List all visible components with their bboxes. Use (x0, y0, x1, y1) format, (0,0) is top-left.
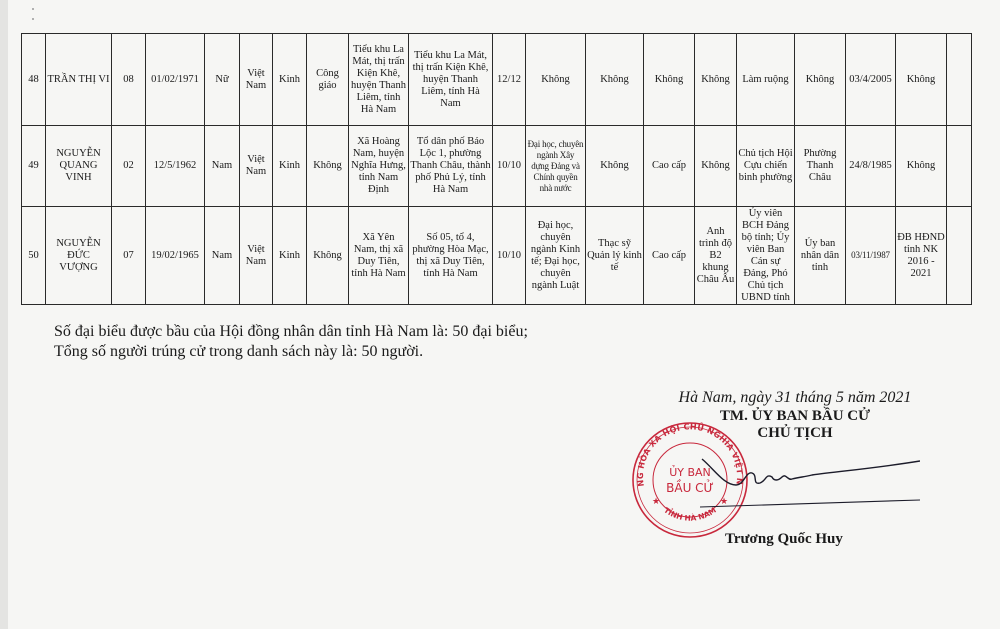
cell-ethnicity: Kinh (273, 34, 307, 126)
organization-title: TM. ỦY BAN BẦU CỬ (650, 408, 940, 425)
cell-ethnicity: Kinh (273, 207, 307, 305)
table-row: 49 NGUYỄN QUANG VINH 02 12/5/1962 Nam Vi… (22, 126, 972, 207)
cell-workplace: Không (795, 34, 846, 126)
cell-professional: Đại học, chuyên ngành Kinh tế; Đại học, … (526, 207, 586, 305)
cell-note (947, 126, 972, 207)
cell-general-education: 10/10 (493, 207, 526, 305)
cell-dob: 19/02/1965 (146, 207, 205, 305)
cell-residence: Tổ dân phố Báo Lộc 1, phường Thanh Châu,… (409, 126, 493, 207)
cell-hometown: Xã Yên Nam, thị xã Duy Tiên, tỉnh Hà Nam (349, 207, 409, 305)
cell-party-join-date: 24/8/1985 (846, 126, 896, 207)
cell-residence: Số 05, tổ 4, phường Hòa Mạc, thị xã Duy … (409, 207, 493, 305)
cell-occupation: Làm ruộng (737, 34, 795, 126)
cell-gender: Nam (205, 126, 240, 207)
place-and-date: Hà Nam, ngày 31 tháng 5 năm 2021 (650, 389, 940, 407)
cell-nationality: Việt Nam (240, 34, 273, 126)
scan-edge-shadow (0, 0, 8, 629)
cell-dob: 12/5/1962 (146, 126, 205, 207)
cell-hometown: Xã Hoàng Nam, huyện Nghĩa Hưng, tỉnh Nam… (349, 126, 409, 207)
cell-general-education: 10/10 (493, 126, 526, 207)
cell-religion: Công giáo (307, 34, 349, 126)
elected-delegates-table: 48 TRẦN THỊ VI 08 01/02/1971 Nữ Việt Nam… (21, 33, 972, 305)
cell-workplace: Ủy ban nhân dân tỉnh (795, 207, 846, 305)
cell-unit: 02 (112, 126, 146, 207)
table-row: 50 NGUYỄN ĐỨC VƯỢNG 07 19/02/1965 Nam Vi… (22, 207, 972, 305)
cell-prior-delegate: ĐB HĐND tỉnh NK 2016 - 2021 (896, 207, 947, 305)
signature-block: Hà Nam, ngày 31 tháng 5 năm 2021 TM. ỦY … (650, 389, 940, 442)
cell-gender: Nam (205, 207, 240, 305)
cell-prior-delegate: Không (896, 126, 947, 207)
cell-foreign-language: Không (695, 34, 737, 126)
cell-stt: 49 (22, 126, 46, 207)
cell-unit: 07 (112, 207, 146, 305)
scan-speck (32, 8, 34, 10)
cell-dob: 01/02/1971 (146, 34, 205, 126)
signer-name: Trương Quốc Huy (725, 531, 843, 548)
cell-name: NGUYỄN QUANG VINH (46, 126, 112, 207)
cell-note (947, 207, 972, 305)
cell-foreign-language: Anh trình độ B2 khung Châu Âu (695, 207, 737, 305)
cell-religion: Không (307, 207, 349, 305)
cell-hometown: Tiểu khu La Mát, thị trấn Kiện Khê, huyệ… (349, 34, 409, 126)
cell-religion: Không (307, 126, 349, 207)
cell-political-theory: Cao cấp (644, 207, 695, 305)
cell-note (947, 34, 972, 126)
cell-occupation: Ủy viên BCH Đảng bộ tỉnh; Ủy viên Ban Cá… (737, 207, 795, 305)
cell-party-join-date: 03/11/1987 (846, 207, 896, 305)
cell-foreign-language: Không (695, 126, 737, 207)
table-row: 48 TRẦN THỊ VI 08 01/02/1971 Nữ Việt Nam… (22, 34, 972, 126)
cell-ethnicity: Kinh (273, 126, 307, 207)
election-summary: Số đại biểu được bầu của Hội đồng nhân d… (54, 322, 528, 362)
cell-nationality: Việt Nam (240, 207, 273, 305)
cell-party-join-date: 03/4/2005 (846, 34, 896, 126)
cell-political-theory: Không (644, 34, 695, 126)
cell-occupation: Chủ tịch Hội Cựu chiến binh phường (737, 126, 795, 207)
cell-workplace: Phường Thanh Châu (795, 126, 846, 207)
cell-prior-delegate: Không (896, 34, 947, 126)
cell-degree: Không (586, 34, 644, 126)
summary-winners-count: Tổng số người trúng cử trong danh sách n… (54, 342, 528, 362)
cell-gender: Nữ (205, 34, 240, 126)
scan-speck (32, 18, 34, 20)
cell-name: NGUYỄN ĐỨC VƯỢNG (46, 207, 112, 305)
summary-delegates-count: Số đại biểu được bầu của Hội đồng nhân d… (54, 322, 528, 342)
cell-degree: Không (586, 126, 644, 207)
cell-degree: Thạc sỹ Quản lý kinh tế (586, 207, 644, 305)
handwritten-signature (700, 455, 920, 525)
cell-residence: Tiểu khu La Mát, thị trấn Kiện Khê, huyệ… (409, 34, 493, 126)
stamp-star-icon: ★ (652, 497, 660, 507)
signer-role: CHỦ TỊCH (650, 425, 940, 442)
cell-unit: 08 (112, 34, 146, 126)
cell-professional: Không (526, 34, 586, 126)
cell-professional: Đại học, chuyên ngành Xây dựng Đảng và C… (526, 126, 586, 207)
cell-stt: 48 (22, 34, 46, 126)
cell-general-education: 12/12 (493, 34, 526, 126)
cell-nationality: Việt Nam (240, 126, 273, 207)
cell-stt: 50 (22, 207, 46, 305)
cell-name: TRẦN THỊ VI (46, 34, 112, 126)
cell-political-theory: Cao cấp (644, 126, 695, 207)
